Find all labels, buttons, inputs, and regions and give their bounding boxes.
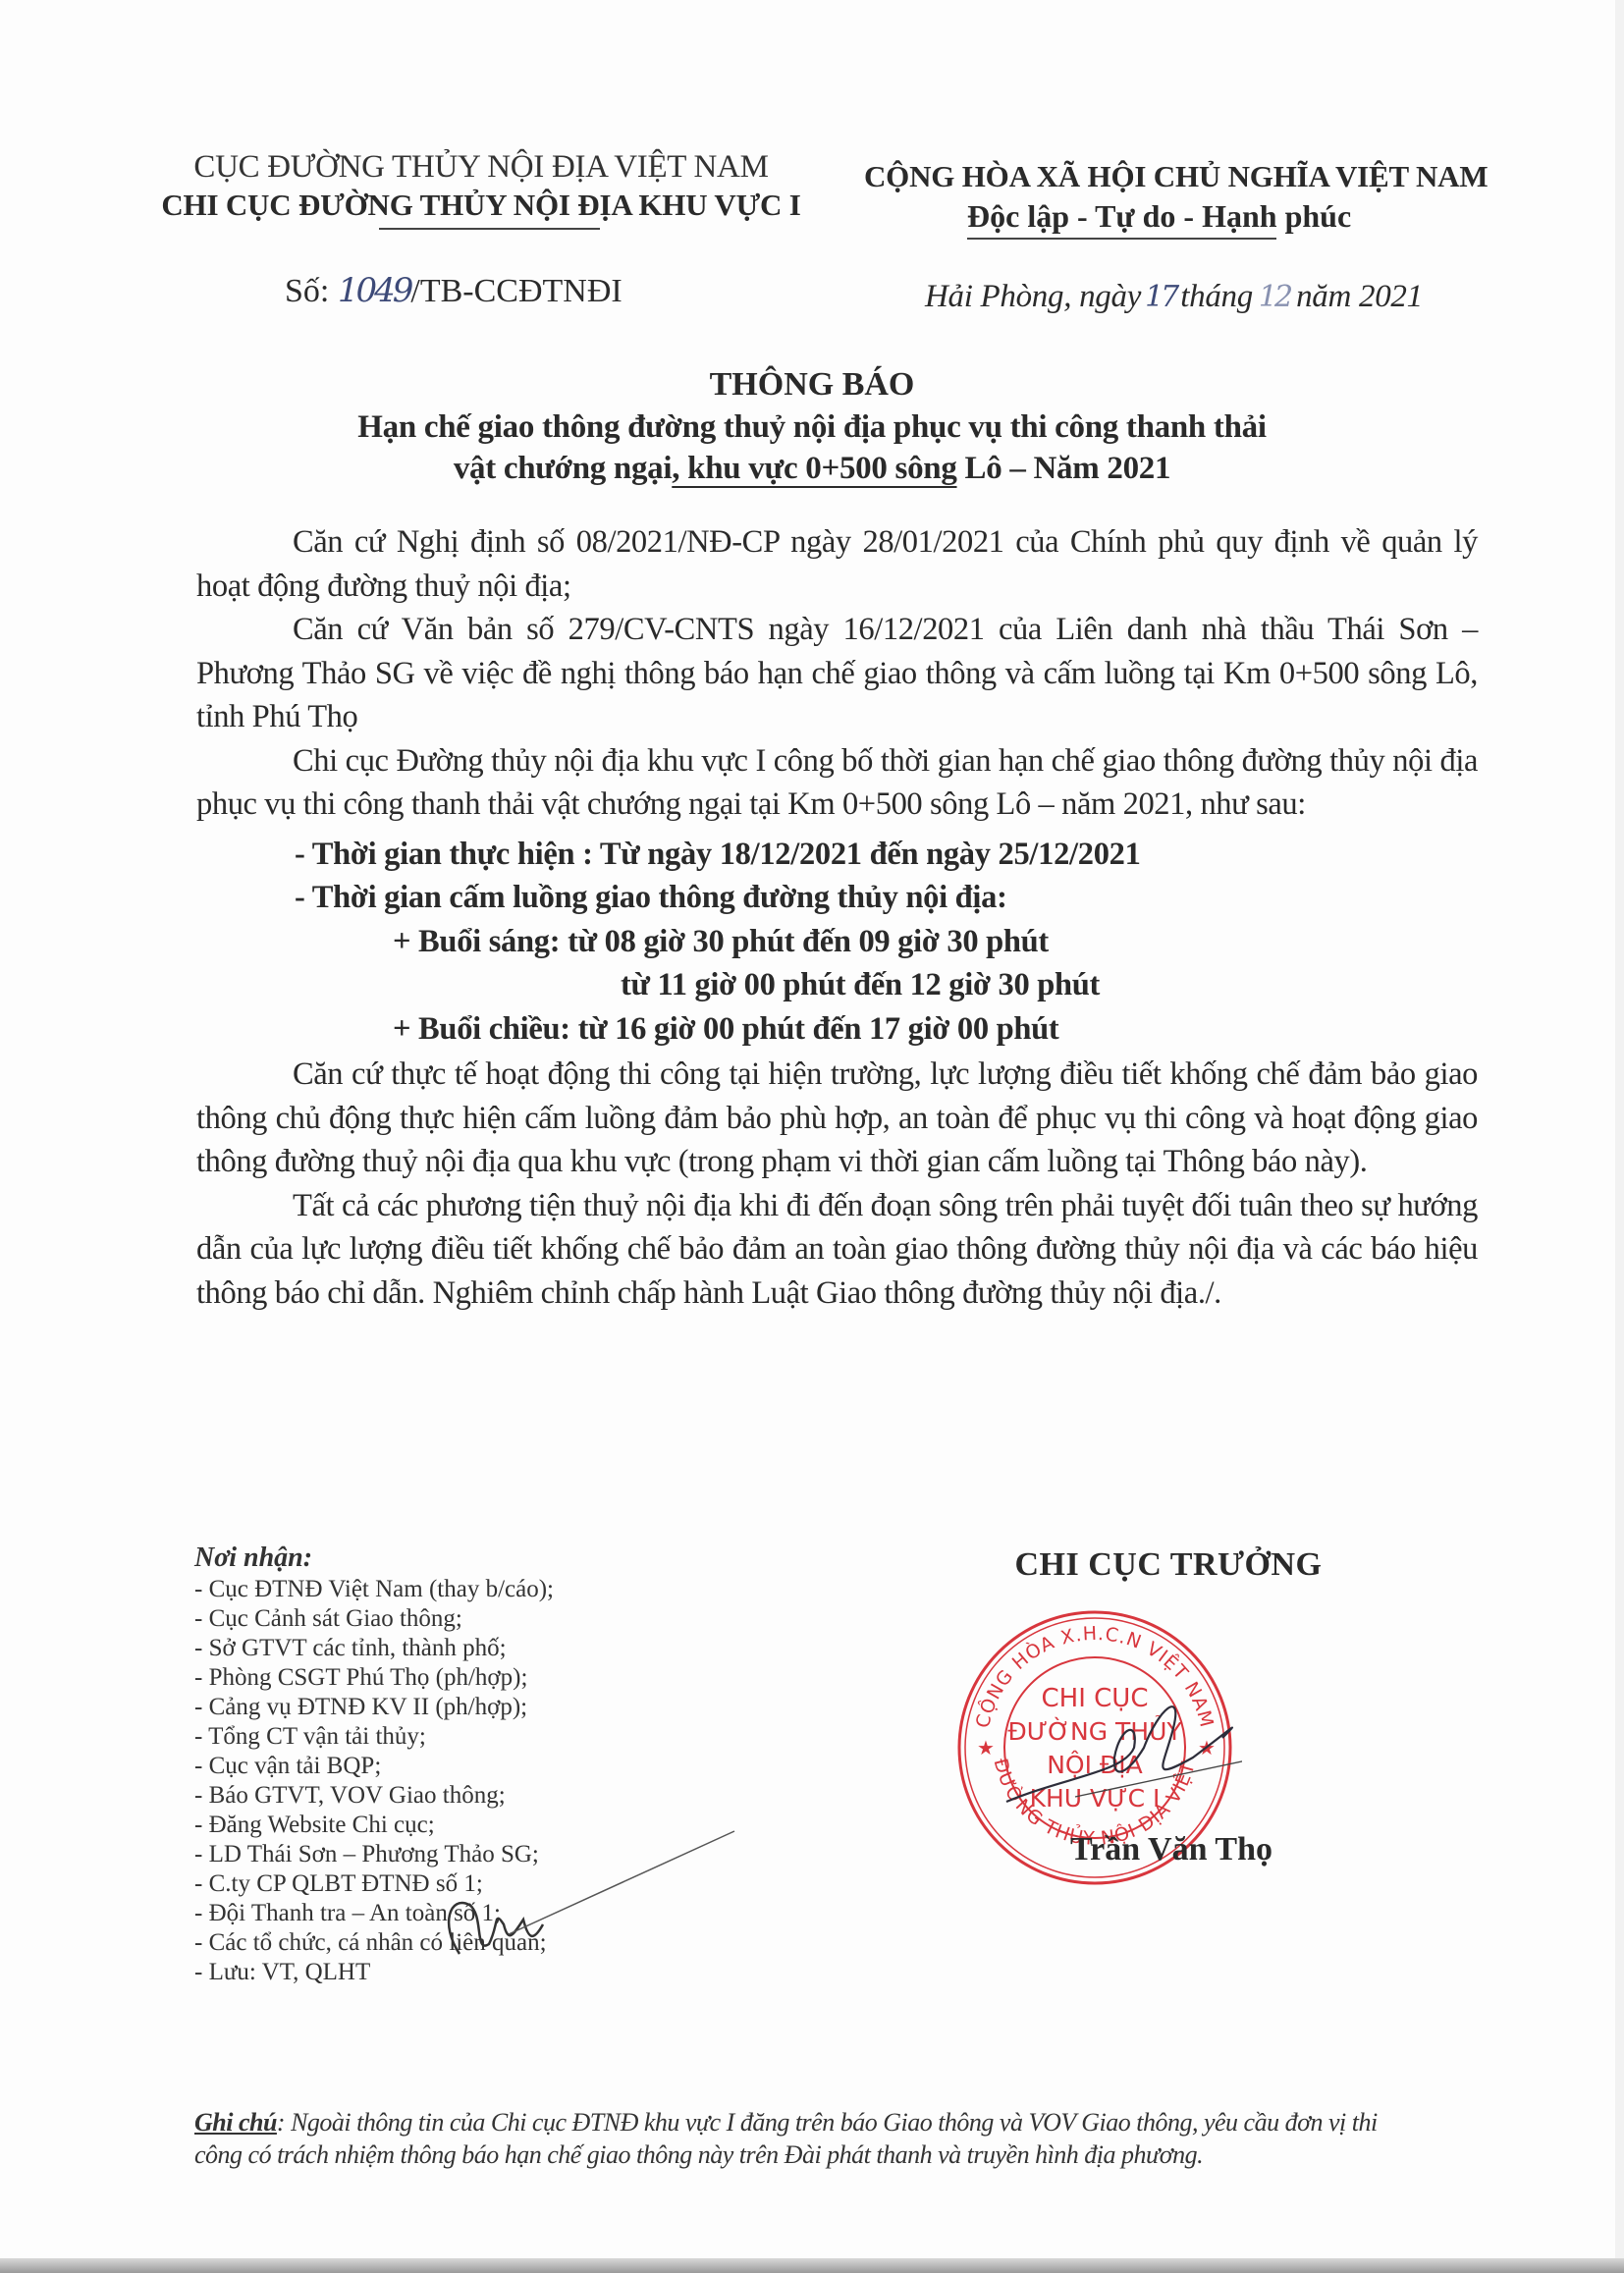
enforcement-paragraph: Căn cứ thực tế hoạt động thi công tại hi… [196, 1053, 1478, 1184]
recipient-item: - Cục vận tải BQP; [194, 1752, 744, 1781]
document-number: Số: 1049/TB-CCĐTNĐI [147, 271, 815, 310]
recipient-item: - Cảng vụ ĐTNĐ KV II (ph/hợp); [194, 1693, 744, 1722]
subject-part-a: vật chướng ngại [454, 451, 672, 486]
subject-part-b: , khu vực 0+500 sông [672, 451, 956, 486]
note-text: : Ngoài thông tin của Chi cục ĐTNĐ khu v… [194, 2108, 1378, 2169]
closure-heading: - Thời gian cấm luồng giao thông đường t… [196, 876, 1478, 920]
month-label: tháng [1180, 279, 1253, 314]
compliance-paragraph: Tất cả các phương tiện thuỷ nội địa khi … [196, 1184, 1478, 1316]
doc-number-suffix: /TB-CCĐTNĐI [410, 273, 622, 309]
note-label: Ghi chú [194, 2108, 277, 2137]
svg-text:NỘI ĐỊA: NỘI ĐỊA [1047, 1750, 1143, 1779]
document-body: Căn cứ Nghị định số 08/2021/NĐ-CP ngày 2… [196, 520, 1478, 1315]
subject-part-c: Lô – Năm 2021 [957, 451, 1171, 486]
recipient-item: - Phòng CSGT Phú Thọ (ph/hợp); [194, 1663, 744, 1693]
scan-right-edge [1615, 0, 1624, 2258]
svg-text:KHU VỰC I: KHU VỰC I [1030, 1784, 1161, 1813]
place-date-prefix: Hải Phòng, ngày [925, 279, 1141, 314]
doc-type: THÔNG BÁO [196, 363, 1428, 406]
execution-period: - Thời gian thực hiện : Từ ngày 18/12/20… [196, 833, 1478, 877]
recipient-item: - Sở GTVT các tỉnh, thành phố; [194, 1634, 744, 1663]
recipient-item: - Cục ĐTNĐ Việt Nam (thay b/cáo); [194, 1575, 744, 1604]
morning-window-2: từ 11 giờ 00 phút đến 12 giờ 30 phút [196, 963, 1478, 1007]
day-handwritten: 17 [1145, 280, 1176, 314]
signer-title: CHI CỤC TRƯỞNG [962, 1546, 1375, 1584]
recipient-item: - Cục Cảnh sát Giao thông; [194, 1604, 744, 1634]
place-and-date: Hải Phòng, ngày17tháng12năm 2021 [844, 279, 1624, 315]
recipients-heading: Nơi nhận: [194, 1542, 744, 1575]
country-name: CỘNG HÒA XÃ HỘI CHỦ NGHĨA VIỆT NAM [844, 157, 1624, 196]
svg-text:ĐƯỜNG THỦY: ĐƯỜNG THỦY [1007, 1715, 1182, 1746]
subject-line-2: vật chướng ngại, khu vực 0+500 sông Lô –… [196, 448, 1428, 489]
signature-block: CHI CỤC TRƯỞNG CỘNG HÒA X.H.C.N VIỆT NAM… [962, 1546, 1375, 1584]
national-header: CỘNG HÒA XÃ HỘI CHỦ NGHĨA VIỆT NAM Độc l… [844, 157, 1624, 315]
scan-bottom-edge [0, 2258, 1624, 2273]
morning-window-1: + Buổi sáng: từ 08 giờ 30 phút đến 09 gi… [196, 920, 1478, 964]
recipient-item: - Báo GTVT, VOV Giao thông; [194, 1781, 744, 1811]
year-text: năm 2021 [1296, 279, 1423, 314]
document-title: THÔNG BÁO Hạn chế giao thông đường thuỷ … [196, 363, 1428, 489]
footnote: Ghi chú: Ngoài thông tin của Chi cục ĐTN… [194, 2106, 1412, 2171]
motto-divider [967, 238, 1276, 240]
issuing-agency: CHI CỤC ĐƯỜNG THỦY NỘI ĐỊA KHU VỰC I [147, 187, 815, 224]
recipient-item: - Tổng CT vận tải thủy; [194, 1722, 744, 1752]
month-handwritten: 12 [1259, 280, 1290, 314]
svg-text:CỘNG HÒA X.H.C.N VIỆT NAM: CỘNG HÒA X.H.C.N VIỆT NAM [972, 1623, 1218, 1730]
header-divider [379, 228, 600, 230]
doc-number-handwritten: 1049 [338, 271, 411, 310]
national-motto: Độc lập - Tự do - Hạnh phúc [844, 196, 1624, 236]
signer-name: Trần Văn Thọ [1070, 1831, 1272, 1868]
recipients-list: Nơi nhận: - Cục ĐTNĐ Việt Nam (thay b/cá… [194, 1542, 744, 1987]
legal-basis-1: Căn cứ Nghị định số 08/2021/NĐ-CP ngày 2… [196, 520, 1478, 608]
initials-signature-icon [430, 1826, 754, 1974]
announcement-intro: Chi cục Đường thủy nội địa khu vực I côn… [196, 739, 1478, 827]
subject-line-1: Hạn chế giao thông đường thuỷ nội địa ph… [196, 406, 1428, 448]
legal-basis-2: Căn cứ Văn bản số 279/CV-CNTS ngày 16/12… [196, 608, 1478, 739]
issuing-agency-header: CỤC ĐƯỜNG THỦY NỘI ĐỊA VIỆT NAM CHI CỤC … [147, 147, 815, 310]
doc-number-label: Số: [285, 273, 329, 309]
afternoon-window: + Buổi chiều: từ 16 giờ 00 phút đến 17 g… [196, 1007, 1478, 1052]
parent-agency: CỤC ĐƯỜNG THỦY NỘI ĐỊA VIỆT NAM [147, 147, 815, 187]
svg-text:★: ★ [977, 1736, 995, 1759]
svg-text:CHI CỤC: CHI CỤC [1042, 1684, 1149, 1713]
